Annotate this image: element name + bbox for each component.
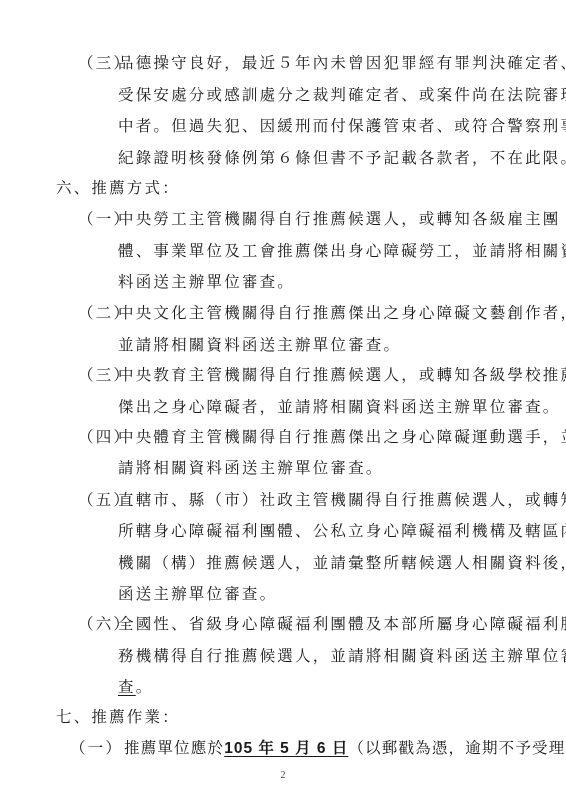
- item-line: 查。: [118, 677, 518, 697]
- item-line: 傑出之身心障礙者，並請將相關資料函送主辦單位審查。: [118, 397, 518, 417]
- underlined-text: 查: [118, 678, 136, 696]
- item-line: 全國性、省級身心障礙福利團體及本部所屬身心障礙福利服: [118, 614, 518, 634]
- document-page: （三） 品德操守良好，最近５年內未曾因犯罪經有罪判決確定者、 受保安處分或感訓處…: [0, 0, 566, 800]
- item-line: 所轄身心障礙福利團體、公私立身心障礙福利機構及轄區內: [118, 521, 518, 541]
- item-line-end: 。: [136, 678, 154, 696]
- item-line: 機關（構）推薦候選人，並請彙整所轄候選人相關資料後，: [118, 553, 518, 573]
- section-heading: 六、推薦方式：: [56, 178, 180, 198]
- item-line: 體、事業單位及工會推薦傑出身心障礙勞工，並請將相關資: [118, 241, 518, 261]
- item-line: 中央體育主管機關得自行推薦傑出之身心障礙運動選手，並: [118, 427, 518, 447]
- deadline-prefix: 推薦單位應於: [124, 739, 224, 757]
- item-line: 務機構得自行推薦候選人，並請將相關資料函送主辦單位審: [118, 646, 518, 666]
- item-line: 品德操守良好，最近５年內未曾因犯罪經有罪判決確定者、: [118, 53, 518, 73]
- item-line: 料函送主辦單位審查。: [118, 272, 518, 292]
- item-line: 請將相關資料函送主辦單位審查。: [118, 458, 518, 478]
- item-line: 紀錄證明核發條例第６條但書不予記載各款者，不在此限。: [118, 148, 518, 168]
- deadline-line: 推薦單位應於105 年 5 月 6 日（以郵戳為憑，逾期不予受理）: [124, 738, 566, 759]
- item-line: 並請將相關資料函送主辦單位審查。: [118, 335, 518, 355]
- section-heading: 七、推薦作業：: [56, 707, 180, 727]
- page-number: 2: [0, 770, 566, 781]
- item-line: 中央教育主管機關得自行推薦候選人，或轉知各級學校推薦: [118, 365, 518, 385]
- item-label: （一）: [70, 738, 123, 758]
- item-line: 函送主辦單位審查。: [118, 584, 518, 604]
- deadline-date: 105 年 5 月 6 日: [224, 740, 348, 757]
- item-line: 受保安處分或感訓處分之裁判確定者、或案件尚在法院審理: [118, 85, 518, 105]
- deadline-suffix: （以郵戳為憑，逾期不予受理）: [348, 739, 566, 757]
- item-line: 中央文化主管機關得自行推薦傑出之身心障礙文藝創作者，: [118, 303, 518, 323]
- item-line: 中央勞工主管機關得自行推薦候選人，或轉知各級雇主團: [118, 209, 518, 229]
- item-line: 直轄市、縣（市）社政主管機關得自行推薦候選人，或轉知: [118, 490, 518, 510]
- item-line: 中者。但過失犯、因緩刑而付保護管束者、或符合警察刑事: [118, 116, 518, 136]
